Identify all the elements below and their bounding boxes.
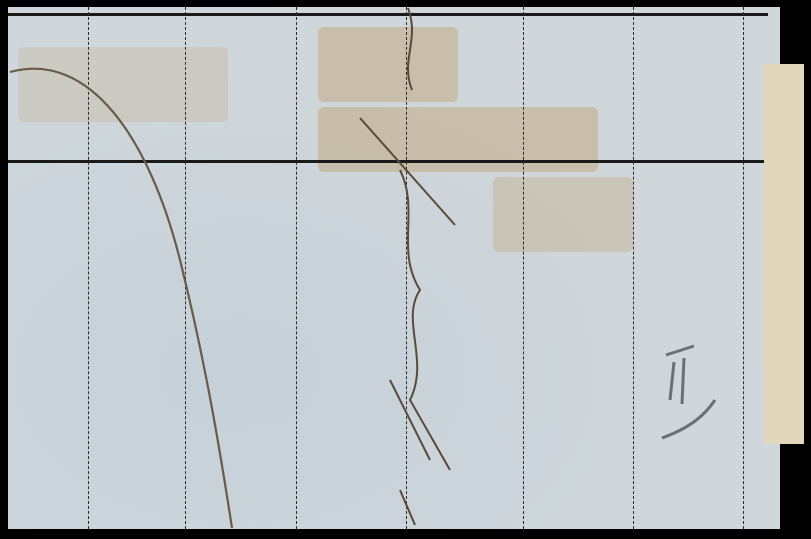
handwriting-overlay: [0, 0, 811, 539]
